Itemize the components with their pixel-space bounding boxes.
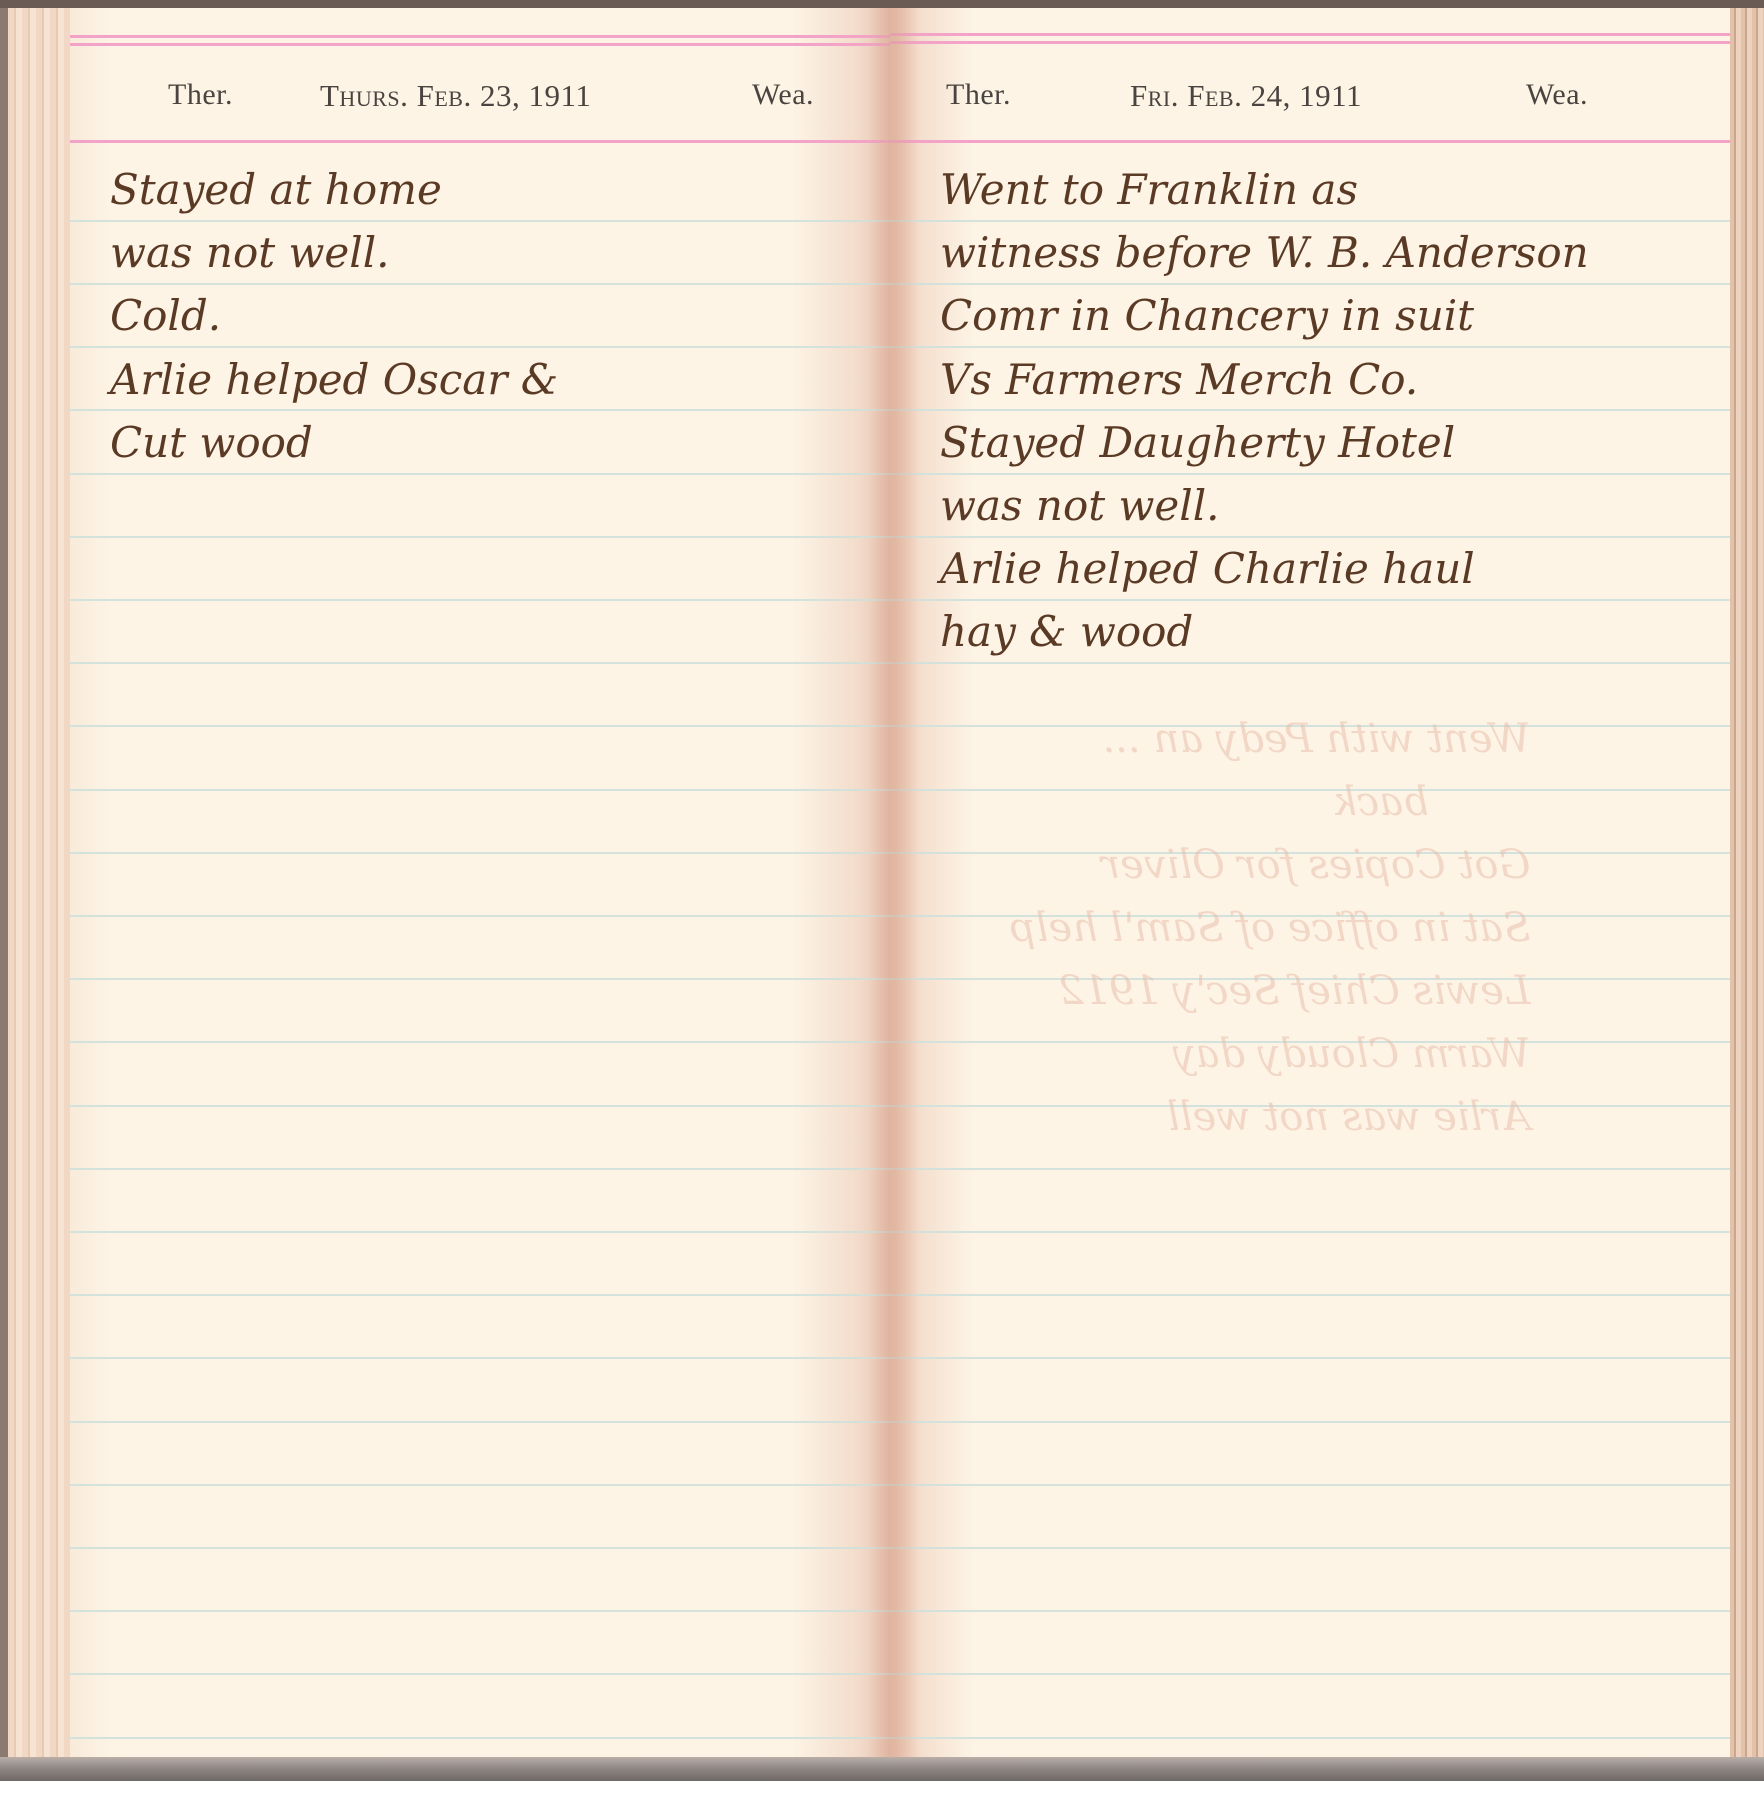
entry-line: Went to Franklin as [940, 158, 1710, 221]
left-page-header: Ther. Thurs. Feb. 23, 1911 Wea. [70, 70, 890, 120]
entry-line: hay & wood [940, 600, 1710, 663]
handwritten-entry: Went to Franklin as witness before W. B.… [940, 158, 1710, 664]
right-page-stack-edge [1730, 8, 1764, 1760]
left-page-stack-edge [0, 8, 70, 1760]
header-rule-top-1 [70, 35, 890, 38]
left-page: Ther. Thurs. Feb. 23, 1911 Wea. [70, 8, 890, 1758]
entry-line: Arlie helped Oscar & [110, 348, 870, 411]
header-rule-bottom [890, 140, 1730, 143]
entry-line: Comr in Chancery in suit [940, 284, 1710, 347]
ther-label: Ther. [946, 78, 1011, 112]
page-date: Fri. Feb. 24, 1911 [1130, 78, 1362, 114]
right-page-header: Ther. Fri. Feb. 24, 1911 Wea. [890, 70, 1730, 120]
header-rule-bottom [70, 140, 890, 143]
entry-line: Cut wood [110, 411, 870, 474]
header-rule-top-1 [890, 33, 1730, 36]
header-rule-top-2 [70, 43, 890, 46]
entry-line: Arlie helped Charlie haul [940, 537, 1710, 600]
diary-book: Ther. Thurs. Feb. 23, 1911 Wea. [0, 0, 1764, 1780]
entry-line: Stayed at home [110, 158, 870, 221]
header-rule-top-2 [890, 41, 1730, 44]
ther-label: Ther. [168, 78, 233, 112]
entry-line: was not well. [940, 474, 1710, 537]
entry-line: was not well. [110, 221, 870, 284]
entry-line: Stayed Daugherty Hotel [940, 411, 1710, 474]
wea-label: Wea. [1526, 78, 1588, 112]
entry-line: Cold. [110, 284, 870, 347]
entry-line: Vs Farmers Merch Co. [940, 348, 1710, 411]
book-bottom-edge [0, 1757, 1764, 1781]
entry-line: witness before W. B. Anderson [940, 221, 1710, 284]
book-gutter [868, 8, 918, 1758]
right-page: Ther. Fri. Feb. 24, 1911 Wea. [890, 8, 1730, 1758]
bleed-through-ink: Went with Pedy an ... back Got Copies fo… [1010, 708, 1530, 1149]
wea-label: Wea. [752, 78, 814, 112]
handwritten-entry: Stayed at home was not well. Cold. Arlie… [110, 158, 870, 474]
page-date: Thurs. Feb. 23, 1911 [320, 78, 591, 114]
